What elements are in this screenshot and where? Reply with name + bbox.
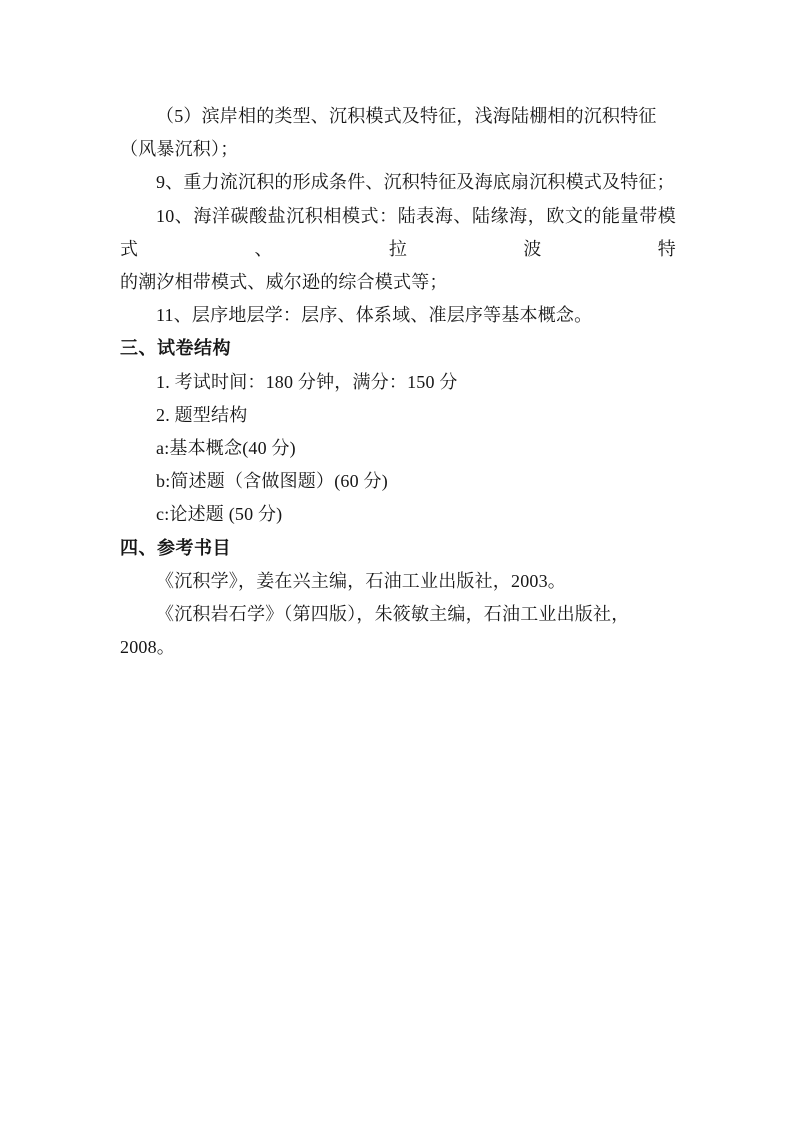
section-heading: 三、试卷结构 bbox=[120, 332, 676, 365]
text-line: 2. 题型结构 bbox=[120, 399, 676, 432]
text-line: 《沉积学》，姜在兴主编，石油工业出版社，2003。 bbox=[120, 565, 676, 598]
section-heading: 四、参考书目 bbox=[120, 532, 676, 565]
text-line: 1. 考试时间：180 分钟，满分：150 分 bbox=[120, 366, 676, 399]
text-line: b:简述题（含做图题）(60 分) bbox=[120, 465, 676, 498]
document-page: （5）滨岸相的类型、沉积模式及特征，浅海陆棚相的沉积特征（风暴沉积）；9、重力流… bbox=[0, 0, 793, 1121]
text-line: 9、重力流沉积的形成条件、沉积特征及海底扇沉积模式及特征； bbox=[120, 166, 676, 199]
text-line: 10、海洋碳酸盐沉积相模式：陆表海、陆缘海，欧文的能量带模式、拉波特 bbox=[120, 200, 676, 266]
text-line: 《沉积岩石学》（第四版），朱筱敏主编，石油工业出版社，2008。 bbox=[120, 598, 676, 664]
text-line: （5）滨岸相的类型、沉积模式及特征，浅海陆棚相的沉积特征（风暴沉积）； bbox=[120, 100, 676, 166]
text-line: a:基本概念(40 分) bbox=[120, 432, 676, 465]
text-line: 的潮汐相带模式、威尔逊的综合模式等； bbox=[120, 266, 676, 299]
text-line: 11、层序地层学：层序、体系域、准层序等基本概念。 bbox=[120, 299, 676, 332]
document-body: （5）滨岸相的类型、沉积模式及特征，浅海陆棚相的沉积特征（风暴沉积）；9、重力流… bbox=[120, 100, 676, 664]
text-line: c:论述题 (50 分) bbox=[120, 498, 676, 531]
